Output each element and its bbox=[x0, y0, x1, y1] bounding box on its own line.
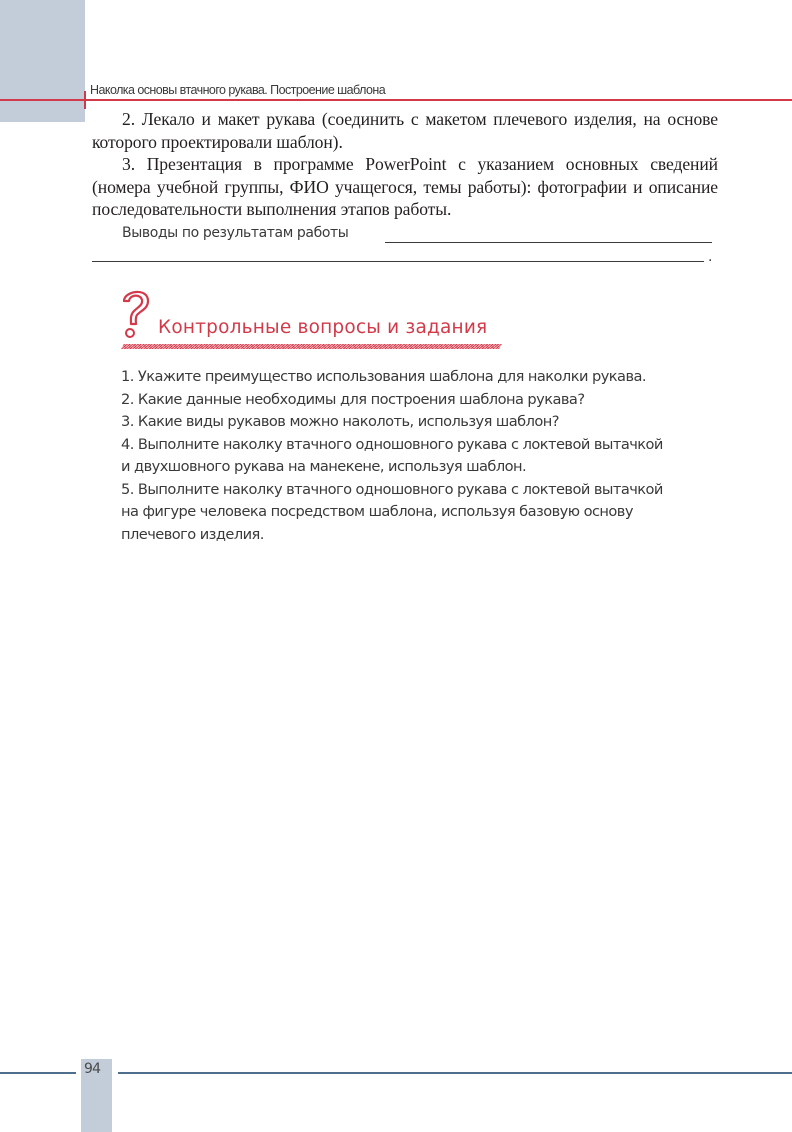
conclusion-fill-line bbox=[385, 242, 712, 243]
section-title-underline bbox=[121, 344, 502, 349]
header-tick-mark bbox=[84, 91, 86, 109]
list-item: 2. Какие данные необходимы для построени… bbox=[121, 389, 721, 412]
list-item: 3. Какие виды рукавов можно наколоть, ис… bbox=[121, 411, 721, 434]
header-side-block bbox=[0, 0, 85, 122]
conclusion-fill-line bbox=[92, 261, 704, 262]
section-title: Контрольные вопросы и задания bbox=[158, 317, 487, 338]
paragraph-item-2: 2. Лекало и макет рукава (соединить с ма… bbox=[92, 108, 718, 153]
footer-rule bbox=[0, 1072, 76, 1074]
question-mark-icon bbox=[118, 287, 154, 341]
conclusion-period: . bbox=[708, 249, 712, 265]
list-item: на фигуре человека посредством шаблона, … bbox=[121, 501, 721, 524]
body-text: 2. Лекало и макет рукава (соединить с ма… bbox=[92, 108, 718, 221]
list-item: плечевого изделия. bbox=[121, 524, 721, 547]
conclusion-label: Выводы по результатам работы bbox=[122, 225, 348, 241]
list-item: 1. Укажите преимущество использования ша… bbox=[121, 366, 721, 389]
header-rule bbox=[0, 99, 792, 101]
footer-rule bbox=[118, 1072, 792, 1074]
list-item: 4. Выполните наколку втачного одношовног… bbox=[121, 434, 721, 457]
list-item: и двухшовного рукава на манекене, исполь… bbox=[121, 456, 721, 479]
list-item: 5. Выполните наколку втачного одношовног… bbox=[121, 479, 721, 502]
paragraph-item-3: 3. Презентация в программе PowerPoint с … bbox=[92, 153, 718, 221]
page-number: 94 bbox=[84, 1061, 100, 1077]
running-title: Наколка основы втачного рукава. Построен… bbox=[90, 83, 385, 97]
questions-list: 1. Укажите преимущество использования ша… bbox=[121, 366, 721, 546]
